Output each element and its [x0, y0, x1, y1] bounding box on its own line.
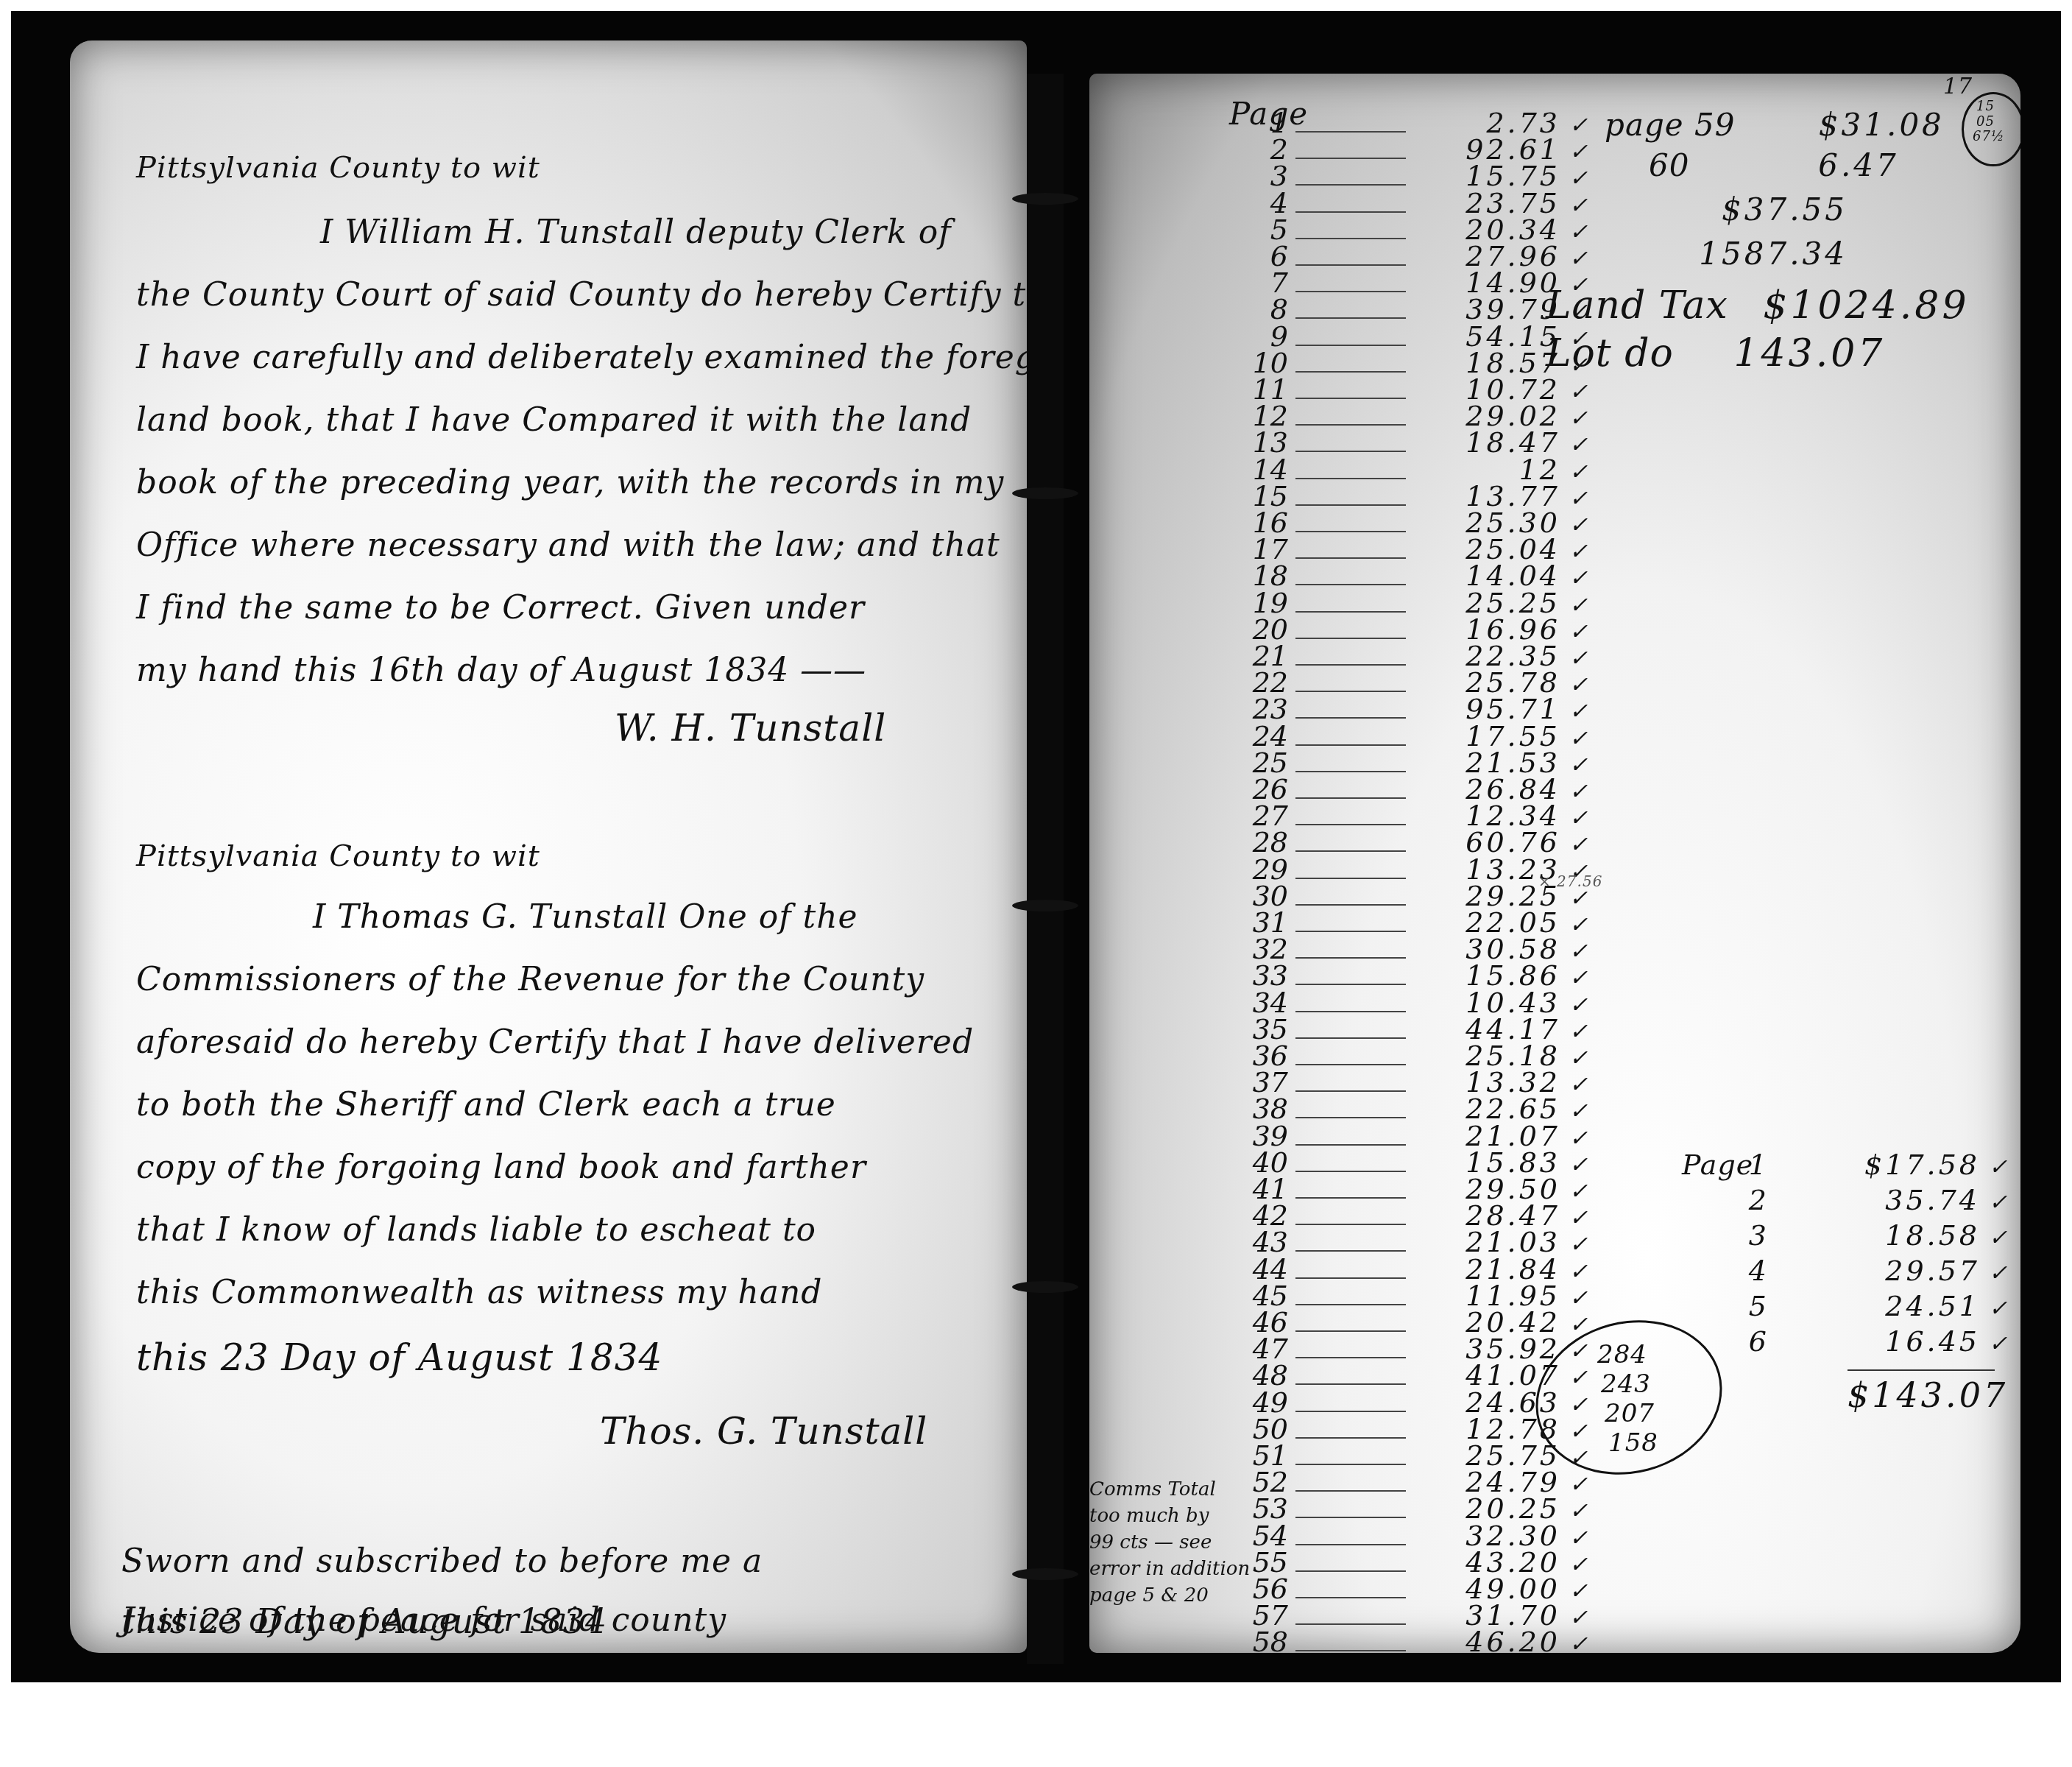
certificate-1-line: I have carefully and deliberately examin…	[136, 339, 1027, 376]
signature-w-h-tunstall: W. H. Tunstall	[615, 707, 886, 750]
summary-row: Land Tax $1024.89	[1546, 283, 1969, 328]
ledger-leader-line	[1295, 531, 1406, 532]
summary-row: $37.55	[1649, 191, 1848, 228]
summary-row: 60 6.47	[1649, 147, 1899, 183]
binding-stitch	[1012, 193, 1078, 205]
ledger-leader-line	[1295, 638, 1406, 639]
corner-page-number: 17	[1943, 74, 1973, 99]
ledger-leader-line	[1295, 1517, 1406, 1518]
ledger-leader-line	[1295, 557, 1406, 559]
ledger-leader-line	[1295, 1437, 1406, 1439]
ledger-leader-line	[1295, 1623, 1406, 1625]
certificate-1-heading: Pittsylvania County to wit	[136, 151, 540, 185]
ledger-leader-line	[1295, 931, 1406, 932]
ledger-leader-line	[1295, 744, 1406, 746]
ledger-leader-line	[1295, 957, 1406, 959]
ledger-leader-line	[1295, 478, 1406, 479]
ledger-leader-line	[1295, 238, 1406, 239]
summary-label: 60	[1649, 147, 1689, 183]
certificate-1-line: land book, that I have Compared it with …	[136, 401, 972, 439]
lot-page-number: 5	[1708, 1290, 1767, 1322]
check-mark-icon: ✓	[1560, 1632, 1599, 1653]
corner-circle-value: 05	[1976, 114, 1995, 130]
lot-amount: 18.58	[1833, 1219, 1980, 1252]
ledger-leader-line	[1295, 797, 1406, 799]
oath-line: Sworn and subscribed to before me a	[121, 1542, 763, 1580]
note-line: error in addition	[1089, 1556, 1250, 1582]
summary-label: page 59	[1605, 107, 1735, 143]
corner-circle-value: 15	[1976, 99, 1995, 114]
summary-amount: 1587.34	[1671, 236, 1848, 272]
certificate-2-line: to both the Sheriff and Clerk each a tru…	[136, 1086, 836, 1124]
certificate-2-line: I Thomas G. Tunstall One of the	[313, 898, 858, 936]
ledger-row: 5846.20✓	[1229, 1626, 1599, 1653]
ledger-leader-line	[1295, 131, 1406, 133]
ledger-leader-line	[1295, 611, 1406, 613]
certificate-1-line: Office where necessary and with the law;…	[136, 526, 1000, 564]
ledger-leader-line	[1295, 1490, 1406, 1492]
ledger-leader-line	[1295, 1117, 1406, 1118]
right-page: Page 12.73✓292.61✓315.75✓423.75✓520.34✓6…	[1089, 74, 2020, 1653]
ledger-leader-line	[1295, 317, 1406, 319]
ledger-leader-line	[1295, 1544, 1406, 1545]
ledger-leader-line	[1295, 158, 1406, 159]
ledger-leader-line	[1295, 398, 1406, 399]
certificate-1-line: I William H. Tunstall deputy Clerk of	[320, 214, 952, 251]
corner-circle-value: 67½	[1973, 129, 2004, 144]
summary-amount: 143.07	[1708, 331, 1885, 375]
ledger-leader-line	[1295, 264, 1406, 266]
lot-ledger-row: 616.45✓	[1708, 1325, 2018, 1358]
ledger-leader-line	[1295, 1570, 1406, 1572]
certificate-1-line: my hand this 16th day of August 1834 ——	[136, 652, 866, 689]
lot-ledger-row: 429.57✓	[1708, 1255, 2018, 1288]
certificate-2-heading: Pittsylvania County to wit	[136, 839, 540, 873]
margin-note: × 27.56	[1538, 872, 1602, 890]
ledger-leader-line	[1295, 1464, 1406, 1465]
check-mark-icon: ✓	[1980, 1296, 2018, 1322]
ledger-leader-line	[1295, 1650, 1406, 1651]
check-mark-icon: ✓	[1980, 1190, 2018, 1216]
ledger-leader-line	[1295, 211, 1406, 213]
ledger-page-number: 58	[1229, 1626, 1288, 1653]
ledger-leader-line	[1295, 1197, 1406, 1199]
summary-row: 1587.34	[1649, 236, 1848, 272]
ledger-leader-line	[1295, 1064, 1406, 1065]
lot-ledger-row: 235.74✓	[1708, 1184, 2018, 1217]
summary-row: Lot do 143.07	[1546, 331, 1885, 375]
certificate-1-line: book of the preceding year, with the rec…	[136, 464, 1004, 501]
tally-value: 243	[1601, 1369, 1651, 1399]
lot-ledger-row: 318.58✓	[1708, 1219, 2018, 1252]
summary-amount: 6.47	[1722, 147, 1899, 183]
lot-ledger-total: $143.07	[1848, 1369, 1995, 1415]
ledger-leader-line	[1295, 1250, 1406, 1252]
lot-page-number: 2	[1708, 1184, 1767, 1216]
ledger-leader-line	[1295, 1224, 1406, 1225]
lot-page-number: 4	[1708, 1255, 1767, 1287]
summary-label: Lot do	[1546, 331, 1674, 375]
certificate-2-line: this 23 Day of August 1834	[136, 1336, 662, 1379]
ledger-leader-line	[1295, 345, 1406, 346]
summary-amount: $1024.89	[1763, 283, 1969, 328]
lot-ledger-row: 524.51✓	[1708, 1290, 2018, 1323]
ledger-amount: 46.20	[1413, 1626, 1560, 1653]
lot-amount: 29.57	[1833, 1255, 1980, 1287]
check-mark-icon: ✓	[1980, 1154, 2018, 1180]
ledger-leader-line	[1295, 771, 1406, 772]
ledger-leader-line	[1295, 1277, 1406, 1279]
lot-total-amount: $143.07	[1848, 1375, 1995, 1415]
lot-ledger-row: 1$17.58✓	[1708, 1149, 2018, 1182]
certificate-2-line: this Commonwealth as witness my hand	[136, 1274, 822, 1311]
lot-amount: 24.51	[1833, 1290, 1980, 1322]
ledger-leader-line	[1295, 1357, 1406, 1358]
tally-value: 158	[1608, 1428, 1658, 1458]
certificate-2-line: copy of the forgoing land book and farth…	[136, 1149, 866, 1186]
lot-amount: $17.58	[1833, 1149, 1980, 1181]
ledger-leader-line	[1295, 1090, 1406, 1092]
ledger-leader-line	[1295, 291, 1406, 292]
ledger-leader-line	[1295, 984, 1406, 985]
check-mark-icon: ✓	[1980, 1331, 2018, 1357]
ledger-leader-line	[1295, 184, 1406, 186]
summary-amount: $37.55	[1671, 191, 1848, 228]
ledger-leader-line	[1295, 504, 1406, 506]
certificate-1-line: I find the same to be Correct. Given und…	[136, 589, 865, 627]
ledger-leader-line	[1295, 1171, 1406, 1172]
binding-stitch	[1012, 900, 1078, 911]
note-line: 99 cts — see	[1089, 1529, 1250, 1556]
ledger-leader-line	[1295, 451, 1406, 452]
ledger-leader-line	[1295, 424, 1406, 426]
ledger-leader-line	[1295, 824, 1406, 825]
certificate-2-line: aforesaid do hereby Certify that I have …	[136, 1023, 974, 1061]
ledger-leader-line	[1295, 1011, 1406, 1012]
certificate-2-line: that I know of lands liable to escheat t…	[136, 1211, 816, 1249]
note-line: Comms Total	[1089, 1476, 1250, 1503]
commissioner-note: Comms Total too much by 99 cts — see err…	[1089, 1476, 1250, 1609]
summary-label: Land Tax	[1546, 283, 1728, 328]
ledger-leader-line	[1295, 1330, 1406, 1332]
binding-stitch	[1012, 1568, 1078, 1580]
ledger-leader-line	[1295, 717, 1406, 719]
note-line: page 5 & 20	[1089, 1582, 1250, 1609]
summary-amount: $31.08	[1768, 107, 1945, 143]
binding-stitch	[1012, 1281, 1078, 1293]
lot-page-number: 6	[1708, 1325, 1767, 1358]
summary-row: page 59 $31.08	[1605, 107, 1945, 143]
tally-value: 284	[1597, 1340, 1647, 1369]
lot-page-number: 1	[1708, 1149, 1767, 1181]
ledger-leader-line	[1295, 904, 1406, 906]
ledger-leader-line	[1295, 1037, 1406, 1039]
ledger-leader-line	[1295, 1383, 1406, 1385]
signature-thos-g-tunstall: Thos. G. Tunstall	[600, 1410, 927, 1453]
certificate-1-line: the County Court of said County do hereb…	[136, 276, 1027, 314]
book-gutter	[1027, 74, 1064, 1664]
lot-amount: 35.74	[1833, 1184, 1980, 1216]
lot-amount: 16.45	[1833, 1325, 1980, 1358]
lot-page-number: 3	[1708, 1219, 1767, 1252]
left-page: Pittsylvania County to wit I William H. …	[70, 40, 1027, 1653]
ledger-leader-line	[1295, 1597, 1406, 1598]
ledger-leader-line	[1295, 691, 1406, 692]
check-mark-icon: ✓	[1980, 1260, 2018, 1286]
check-mark-icon: ✓	[1980, 1225, 2018, 1251]
ledger-leader-line	[1295, 371, 1406, 373]
ledger-leader-line	[1295, 1144, 1406, 1146]
tally-value: 207	[1605, 1399, 1655, 1428]
ledger-leader-line	[1295, 1304, 1406, 1305]
ledger-leader-line	[1295, 850, 1406, 852]
note-line: too much by	[1089, 1503, 1250, 1529]
ledger-leader-line	[1295, 584, 1406, 585]
ledger-leader-line	[1295, 878, 1406, 879]
ledger-leader-line	[1295, 664, 1406, 666]
binding-stitch	[1012, 487, 1078, 499]
oath-line: this 23 Day of August 1834	[121, 1601, 607, 1641]
ledger-leader-line	[1295, 1411, 1406, 1412]
certificate-2-line: Commissioners of the Revenue for the Cou…	[136, 961, 924, 998]
